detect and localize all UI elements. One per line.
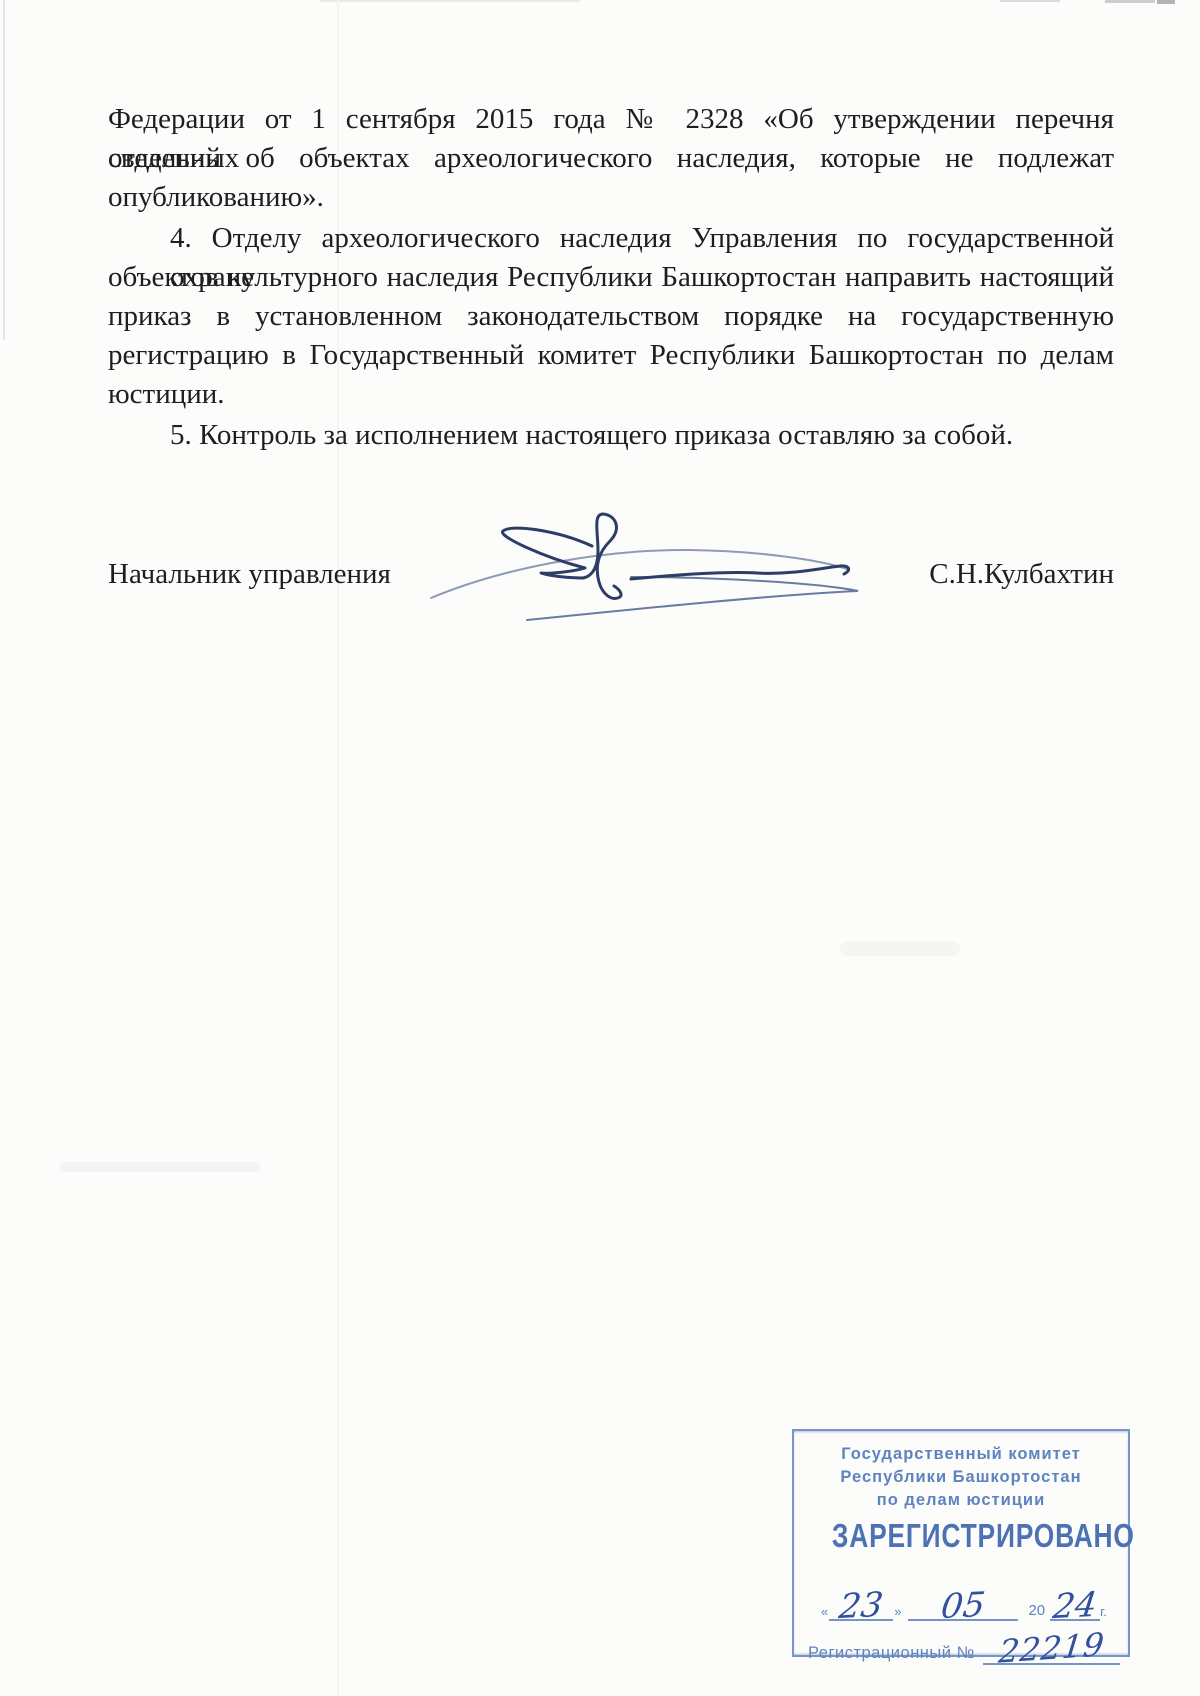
stamp-month-handwritten: 05 — [906, 1586, 1021, 1626]
paragraph-continuation: Федерации от 1 сентября 2015 года № 2328… — [108, 100, 1114, 217]
paragraph-item-4: 4. Отделу археологического наследия Упра… — [108, 219, 1114, 414]
stamp-registration-row: Регистрационный № 22219 — [808, 1631, 1120, 1665]
stamp-date-row: « 23 » 05 20 24 г. — [820, 1589, 1112, 1621]
stamp-year-slot: 24 — [1050, 1589, 1100, 1621]
signature-stroke-bottom-sweep — [527, 577, 858, 620]
stamp-registration-label: Регистрационный № — [808, 1644, 975, 1665]
paragraph-item-5: 5. Контроль за исполнением настоящего пр… — [108, 416, 1114, 455]
stamp-org-line: по делам юстиции — [794, 1489, 1128, 1512]
signatory-role: Начальник управления — [108, 556, 391, 592]
scan-artifact-top-dash — [1157, 0, 1175, 4]
registration-stamp: Государственный комитет Республики Башко… — [792, 1429, 1130, 1657]
signatory-name: С.Н.Кулбахтин — [929, 556, 1114, 592]
stamp-org-line: Республики Башкортостан — [794, 1466, 1128, 1489]
stamp-registered-label: ЗАРЕГИСТРИРОВАНО — [794, 1517, 1128, 1555]
scan-artifact-top-dash — [1000, 0, 1060, 2]
document-line: опубликованию». — [108, 178, 1114, 217]
stamp-registration-number-slot: 22219 — [983, 1631, 1120, 1665]
scan-artifact-top-dash — [1105, 0, 1155, 3]
document-body: Федерации от 1 сентября 2015 года № 2328… — [108, 100, 1114, 455]
scan-artifact-left-edge — [3, 0, 5, 340]
document-line: регистрацию в Государственный комитет Ре… — [108, 336, 1114, 375]
signature-stroke-tail — [631, 566, 849, 579]
stamp-day-handwritten: 23 — [827, 1587, 896, 1624]
document-line: Федерации от 1 сентября 2015 года № 2328… — [108, 100, 1114, 139]
scan-artifact-top-line — [320, 0, 580, 2]
stamp-registration-number-handwritten: 22219 — [980, 1626, 1122, 1669]
stamp-quote-close: » — [893, 1604, 902, 1621]
scanned-document-page: Федерации от 1 сентября 2015 года № 2328… — [0, 0, 1200, 1696]
document-line: юстиции. — [108, 375, 1114, 414]
stamp-year-prefix: 20 — [1028, 1602, 1045, 1621]
document-line: объектов культурного наследия Республики… — [108, 258, 1114, 297]
stamp-day-slot: 23 — [829, 1589, 893, 1621]
document-line: 5. Контроль за исполнением настоящего пр… — [108, 416, 1114, 455]
scan-artifact-smudge — [60, 1162, 260, 1172]
document-line: сведений об объектах археологического на… — [108, 139, 1114, 178]
stamp-year-handwritten: 24 — [1048, 1588, 1103, 1625]
scan-artifact-smudge — [840, 942, 960, 956]
stamp-org-name: Государственный комитет Республики Башко… — [794, 1443, 1128, 1512]
document-line: приказ в установленном законодательством… — [108, 297, 1114, 336]
document-line: 4. Отделу археологического наследия Упра… — [108, 219, 1114, 258]
stamp-org-line: Государственный комитет — [794, 1443, 1128, 1466]
handwritten-signature — [395, 462, 955, 647]
stamp-month-slot: 05 — [908, 1589, 1018, 1621]
stamp-year-suffix: г. — [1100, 1604, 1107, 1621]
